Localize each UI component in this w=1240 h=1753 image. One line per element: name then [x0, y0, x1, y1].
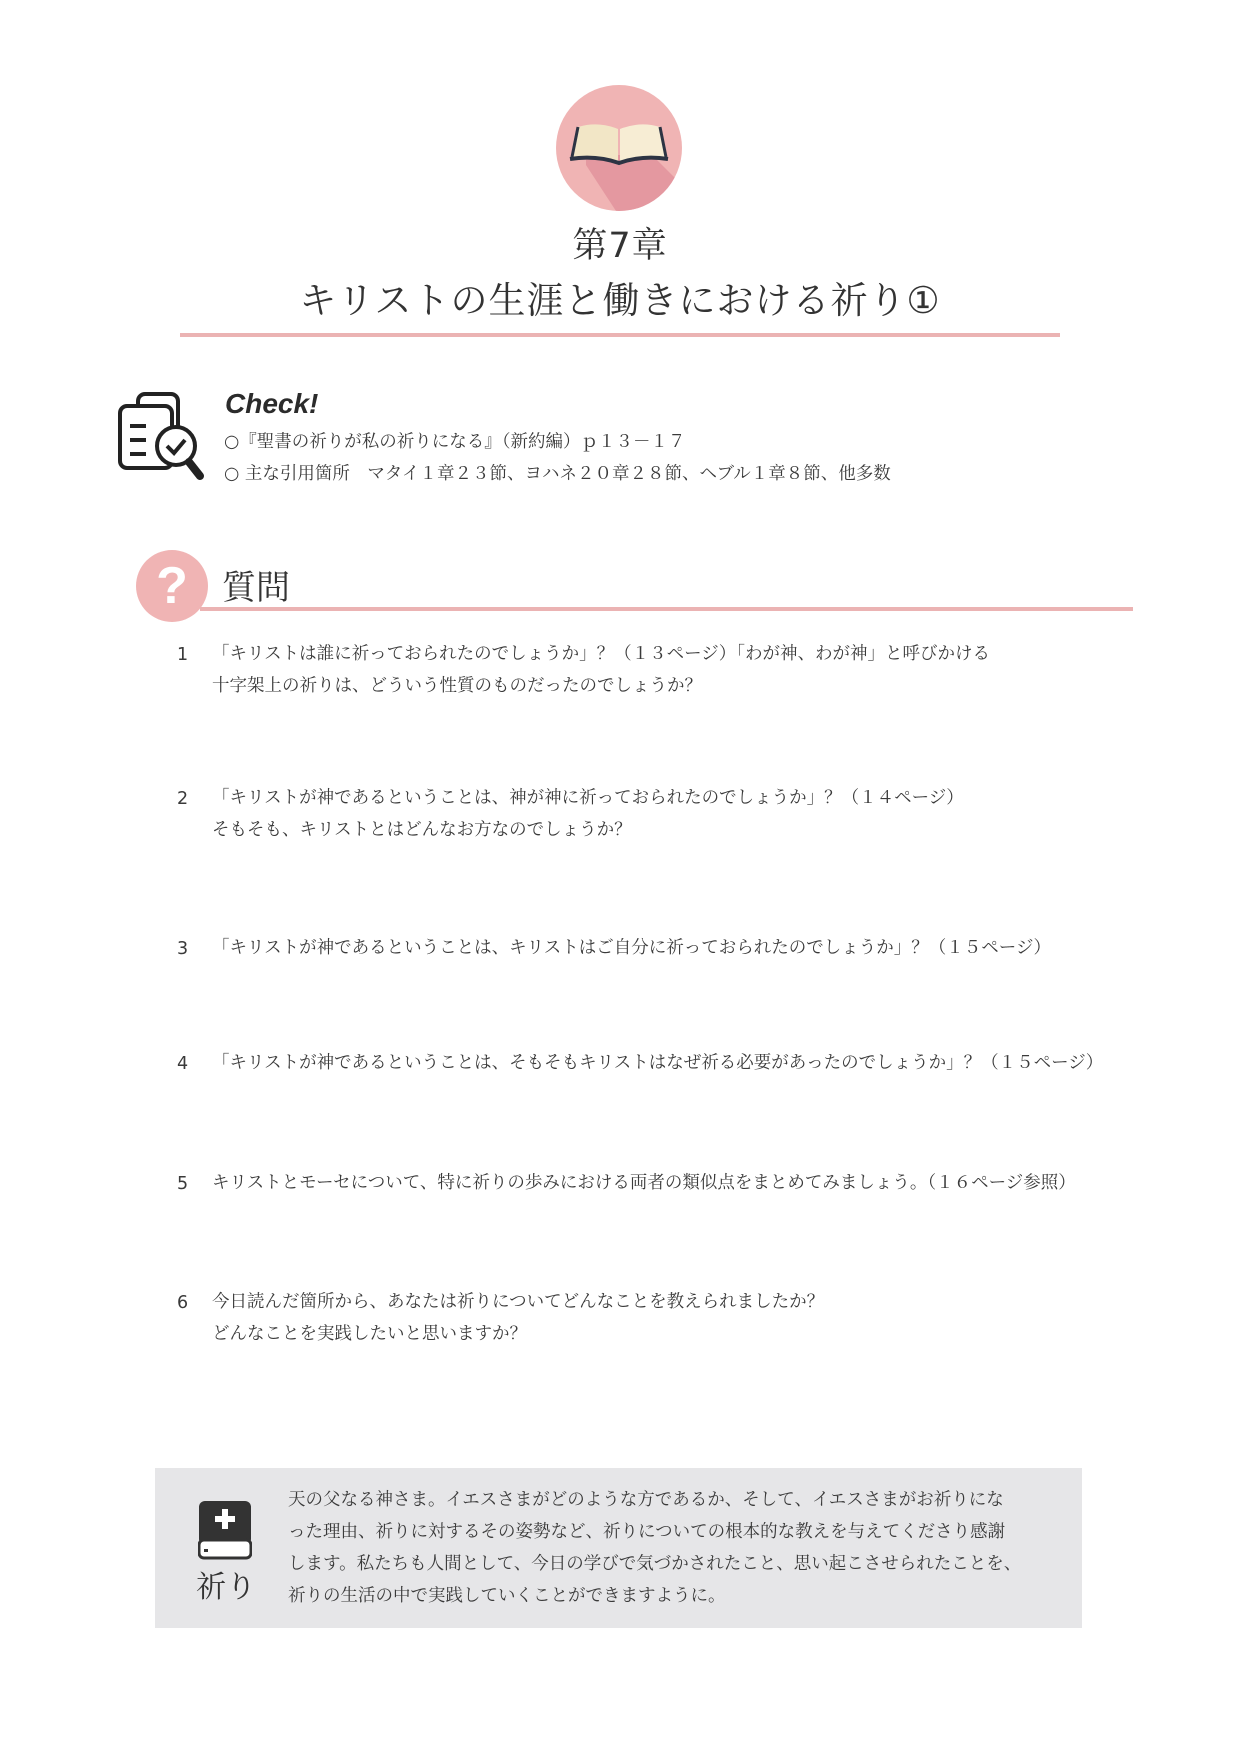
question-text: 「キリストが神であるということは、キリストはご自分に祈っておられたのでしょうか」…	[212, 932, 1051, 964]
question-text: 「キリストは誰に祈っておられたのでしょうか」？（１３ページ）「わが神、わが神」と…	[212, 638, 990, 670]
question-number: 4	[177, 1054, 188, 1074]
check-heading: Check!	[225, 388, 318, 420]
page-title: キリストの生涯と働きにおける祈り①	[0, 270, 1240, 324]
chapter-number: 第7章	[0, 218, 1240, 268]
prayer-line: します。私たちも人間として、今日の学びで気づかされたこと、思い起こさせられたこと…	[288, 1548, 1068, 1580]
question-text: 十字架上の祈りは、どういう性質のものだったのでしょうか？	[212, 670, 702, 702]
prayer-line: った理由、祈りに対するその姿勢など、祈りについての根本的な教えを与えてくださり感…	[288, 1516, 1068, 1548]
question-text: どんなことを実践したいと思いますか？	[212, 1318, 527, 1350]
title-divider	[180, 333, 1060, 337]
question-text: そもそも、キリストとはどんなお方なのでしょうか？	[212, 814, 632, 846]
open-book-icon	[556, 85, 682, 211]
check-item-citations: ○ 主な引用箇所 マタイ１章２３節、ヨハネ２０章２８節、ヘブル１章８節、他多数	[224, 460, 891, 485]
bible-cross-icon	[198, 1500, 252, 1560]
check-item-reference: ○『聖書の祈りが私の祈りになる』（新約編）ｐ１３－１７	[224, 428, 686, 453]
question-text: キリストとモーセについて、特に祈りの歩みにおける両者の類似点をまとめてみましょう…	[212, 1167, 1076, 1199]
question-text: 「キリストが神であるということは、神が神に祈っておられたのでしょうか」？（１４ペ…	[212, 782, 964, 814]
checklist-magnifier-icon	[118, 392, 212, 484]
question-text: 「キリストが神であるということは、そもそもキリストはなぜ祈る必要があったのでしょ…	[212, 1047, 1103, 1079]
questions-heading: 質問	[222, 560, 290, 609]
prayer-label: 祈り	[196, 1562, 256, 1606]
question-number: 1	[177, 645, 188, 665]
question-mark-icon: ?	[136, 550, 208, 622]
prayer-text: 天の父なる神さま。イエスさまがどのような方であるか、そして、イエスさまがお祈りに…	[288, 1484, 1068, 1612]
question-number: 2	[177, 789, 188, 809]
question-text: 今日読んだ箇所から、あなたは祈りについてどんなことを教えられましたか？	[212, 1286, 824, 1318]
prayer-line: 祈りの生活の中で実践していくことができますように。	[288, 1580, 1068, 1612]
question-number: 3	[177, 939, 188, 959]
question-number: 6	[177, 1293, 188, 1313]
prayer-line: 天の父なる神さま。イエスさまがどのような方であるか、そして、イエスさまがお祈りに…	[288, 1484, 1068, 1516]
question-number: 5	[177, 1174, 188, 1194]
questions-divider	[200, 607, 1133, 611]
